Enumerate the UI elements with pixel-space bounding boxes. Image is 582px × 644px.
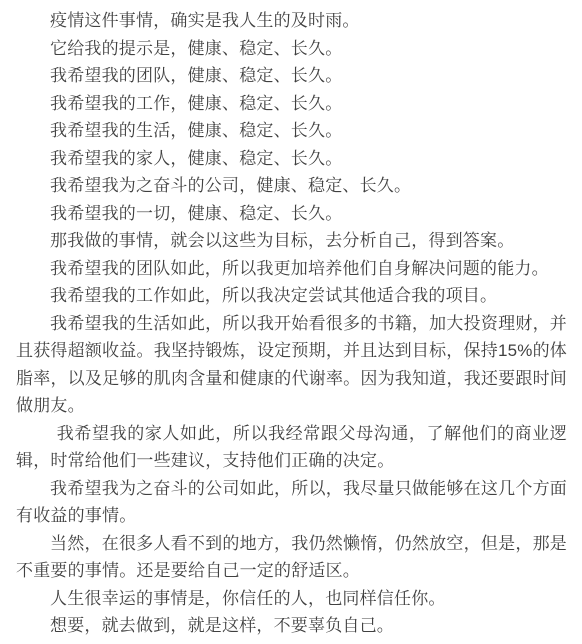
paragraph: 当然，在很多人看不到的地方，我仍然懒惰，仍然放空，但是，那是不重要的事情。还是要…	[16, 530, 567, 585]
paragraph: 我希望我为之奋斗的公司，健康、稳定、长久。	[16, 172, 567, 200]
paragraph: 想要，就去做到，就是这样，不要辜负自己。	[16, 612, 567, 640]
paragraph: 我希望我的工作，健康、稳定、长久。	[16, 90, 567, 118]
paragraph: 我希望我的工作如此，所以我决定尝试其他适合我的项目。	[16, 282, 567, 310]
document-page: 疫情这件事情，确实是我人生的及时雨。 它给我的提示是，健康、稳定、长久。 我希望…	[0, 0, 582, 644]
paragraph: 疫情这件事情，确实是我人生的及时雨。	[16, 7, 567, 35]
paragraph: 我希望我的团队如此，所以我更加培养他们自身解决问题的能力。	[16, 255, 567, 283]
paragraph: 人生很幸运的事情是，你信任的人，也同样信任你。	[16, 585, 567, 613]
paragraph: 我希望我的家人，健康、稳定、长久。	[16, 145, 567, 173]
paragraph: 那我做的事情，就会以这些为目标，去分析自己，得到答案。	[16, 227, 567, 255]
paragraph: 我希望我的家人如此，所以我经常跟父母沟通，了解他们的商业逻辑，时常给他们一些建议…	[16, 420, 567, 475]
paragraph: 我希望我的生活如此，所以我开始看很多的书籍，加大投资理财，并且获得超额收益。我坚…	[16, 310, 567, 420]
paragraph: 我希望我的一切，健康、稳定、长久。	[16, 200, 567, 228]
paragraph: 我希望我的生活，健康、稳定、长久。	[16, 117, 567, 145]
article-body: 疫情这件事情，确实是我人生的及时雨。 它给我的提示是，健康、稳定、长久。 我希望…	[16, 7, 567, 640]
paragraph: 我希望我的团队，健康、稳定、长久。	[16, 62, 567, 90]
paragraph: 我希望我为之奋斗的公司如此，所以，我尽量只做能够在这几个方面有收益的事情。	[16, 475, 567, 530]
paragraph: 它给我的提示是，健康、稳定、长久。	[16, 35, 567, 63]
